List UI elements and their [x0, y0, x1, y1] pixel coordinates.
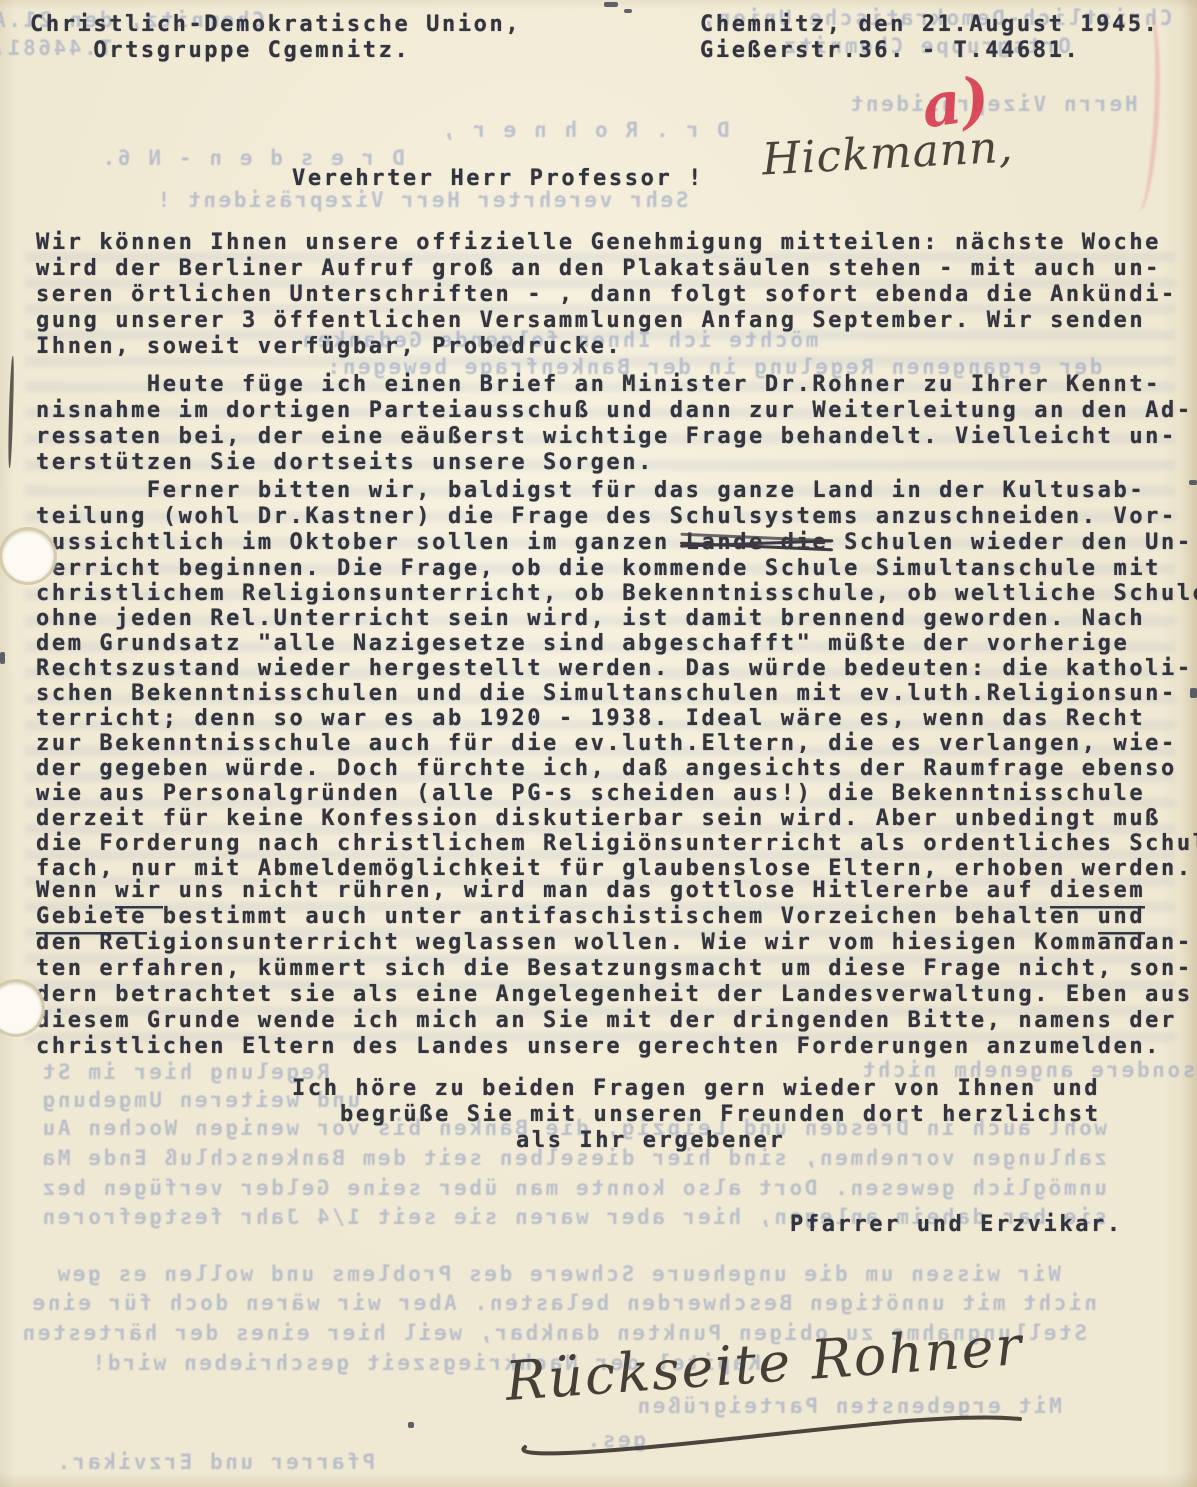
underlined-word-und: und: [1098, 904, 1146, 932]
ink-speck: [0, 652, 5, 664]
signature-flourish: [480, 1395, 1040, 1465]
ink-speck: [624, 9, 632, 13]
u1-pre: Wenn: [36, 878, 115, 903]
ink-speck: [604, 2, 618, 7]
ink-speck: [1189, 480, 1197, 485]
signoff-role: Pfarrer und Erzvikar.: [790, 1212, 1123, 1238]
strike-post-text: Schulen wieder den Un-: [828, 530, 1192, 555]
struck-out-words: Lande die: [686, 530, 829, 556]
ink-speck: [408, 1422, 414, 1428]
strike-pre-text: aussichtlich im Oktober sollen im ganzen: [36, 530, 686, 555]
line-with-strikethrough: aussichtlich im Oktober sollen im ganzen…: [36, 530, 1193, 556]
bleedthrough-text: Regelung hier im St: [40, 1060, 330, 1084]
paragraph-3-part-a: Ferner bitten wir, baldigst für das ganz…: [36, 478, 1177, 530]
paragraph-1: Wir können Ihnen unsere offizielle Geneh…: [36, 230, 1177, 360]
red-ink-streak: [1123, 11, 1164, 212]
line-with-underlines-1: Wenn wir uns nicht rühren, wird man das …: [36, 878, 1145, 904]
u2-mid: bestimmt auch unter antifaschistischem V…: [147, 904, 1098, 929]
paragraph-3-part-c: den Religionsunterricht weglassen wollen…: [36, 930, 1193, 1060]
bleedthrough-text: Wir wissen um die ungeheure Schwere des …: [55, 1262, 1061, 1286]
bleedthrough-text: Pfarrer und Erzvikar.: [55, 1450, 375, 1474]
ink-speck: [1190, 688, 1197, 698]
margin-pen-mark: [8, 356, 15, 468]
punch-hole-top: [2, 530, 54, 582]
letter-page: Christlich-Demokratische Union,Ortsgrupp…: [0, 0, 1197, 1487]
bleedthrough-text: nicht mit unnötigen Beschwerden belasten…: [30, 1291, 1097, 1315]
paragraph-3-part-b: terricht beginnen. Die Frage, ob die kom…: [36, 556, 1197, 881]
underlined-word-gebiete: Gebiete: [36, 904, 147, 932]
place-date-line: Chemnitz, den 21.August 1945.: [700, 12, 1160, 38]
underlined-word-wir: wir: [115, 878, 163, 906]
paragraph-2: Heute füge ich einen Brief an Minister D…: [36, 372, 1193, 476]
address-line: Gießerstr.36. - T.44681.: [700, 38, 1080, 64]
u1-mid: uns nicht rühren, wird man das gottlose …: [163, 878, 1050, 903]
sender-org: Christlich-Demokratische Union, Ortsgrup…: [30, 12, 521, 64]
closing-line-2: begrüße Sie mit unseren Freunden dort he…: [340, 1102, 1101, 1128]
bleedthrough-text: Herrn Vizepräsident: [848, 92, 1138, 116]
underlined-word-diesem: diesem: [1050, 878, 1145, 906]
closing-line-3: als Ihr ergebener: [516, 1128, 785, 1154]
line-with-underlines-2: Gebiete bestimmt auch unter antifaschist…: [36, 904, 1145, 930]
bleedthrough-text: D r . R o h n e r ,: [440, 118, 730, 142]
salutation-typed: Verehrter Herr Professor !: [292, 166, 704, 192]
bleedthrough-text: unmöglich gewesen. Dort also konnte man …: [40, 1176, 1107, 1200]
handwritten-recipient-name: Hickmann,: [761, 121, 1015, 185]
closing-line-1: Ich höre zu beiden Fragen gern wieder vo…: [292, 1076, 1100, 1102]
